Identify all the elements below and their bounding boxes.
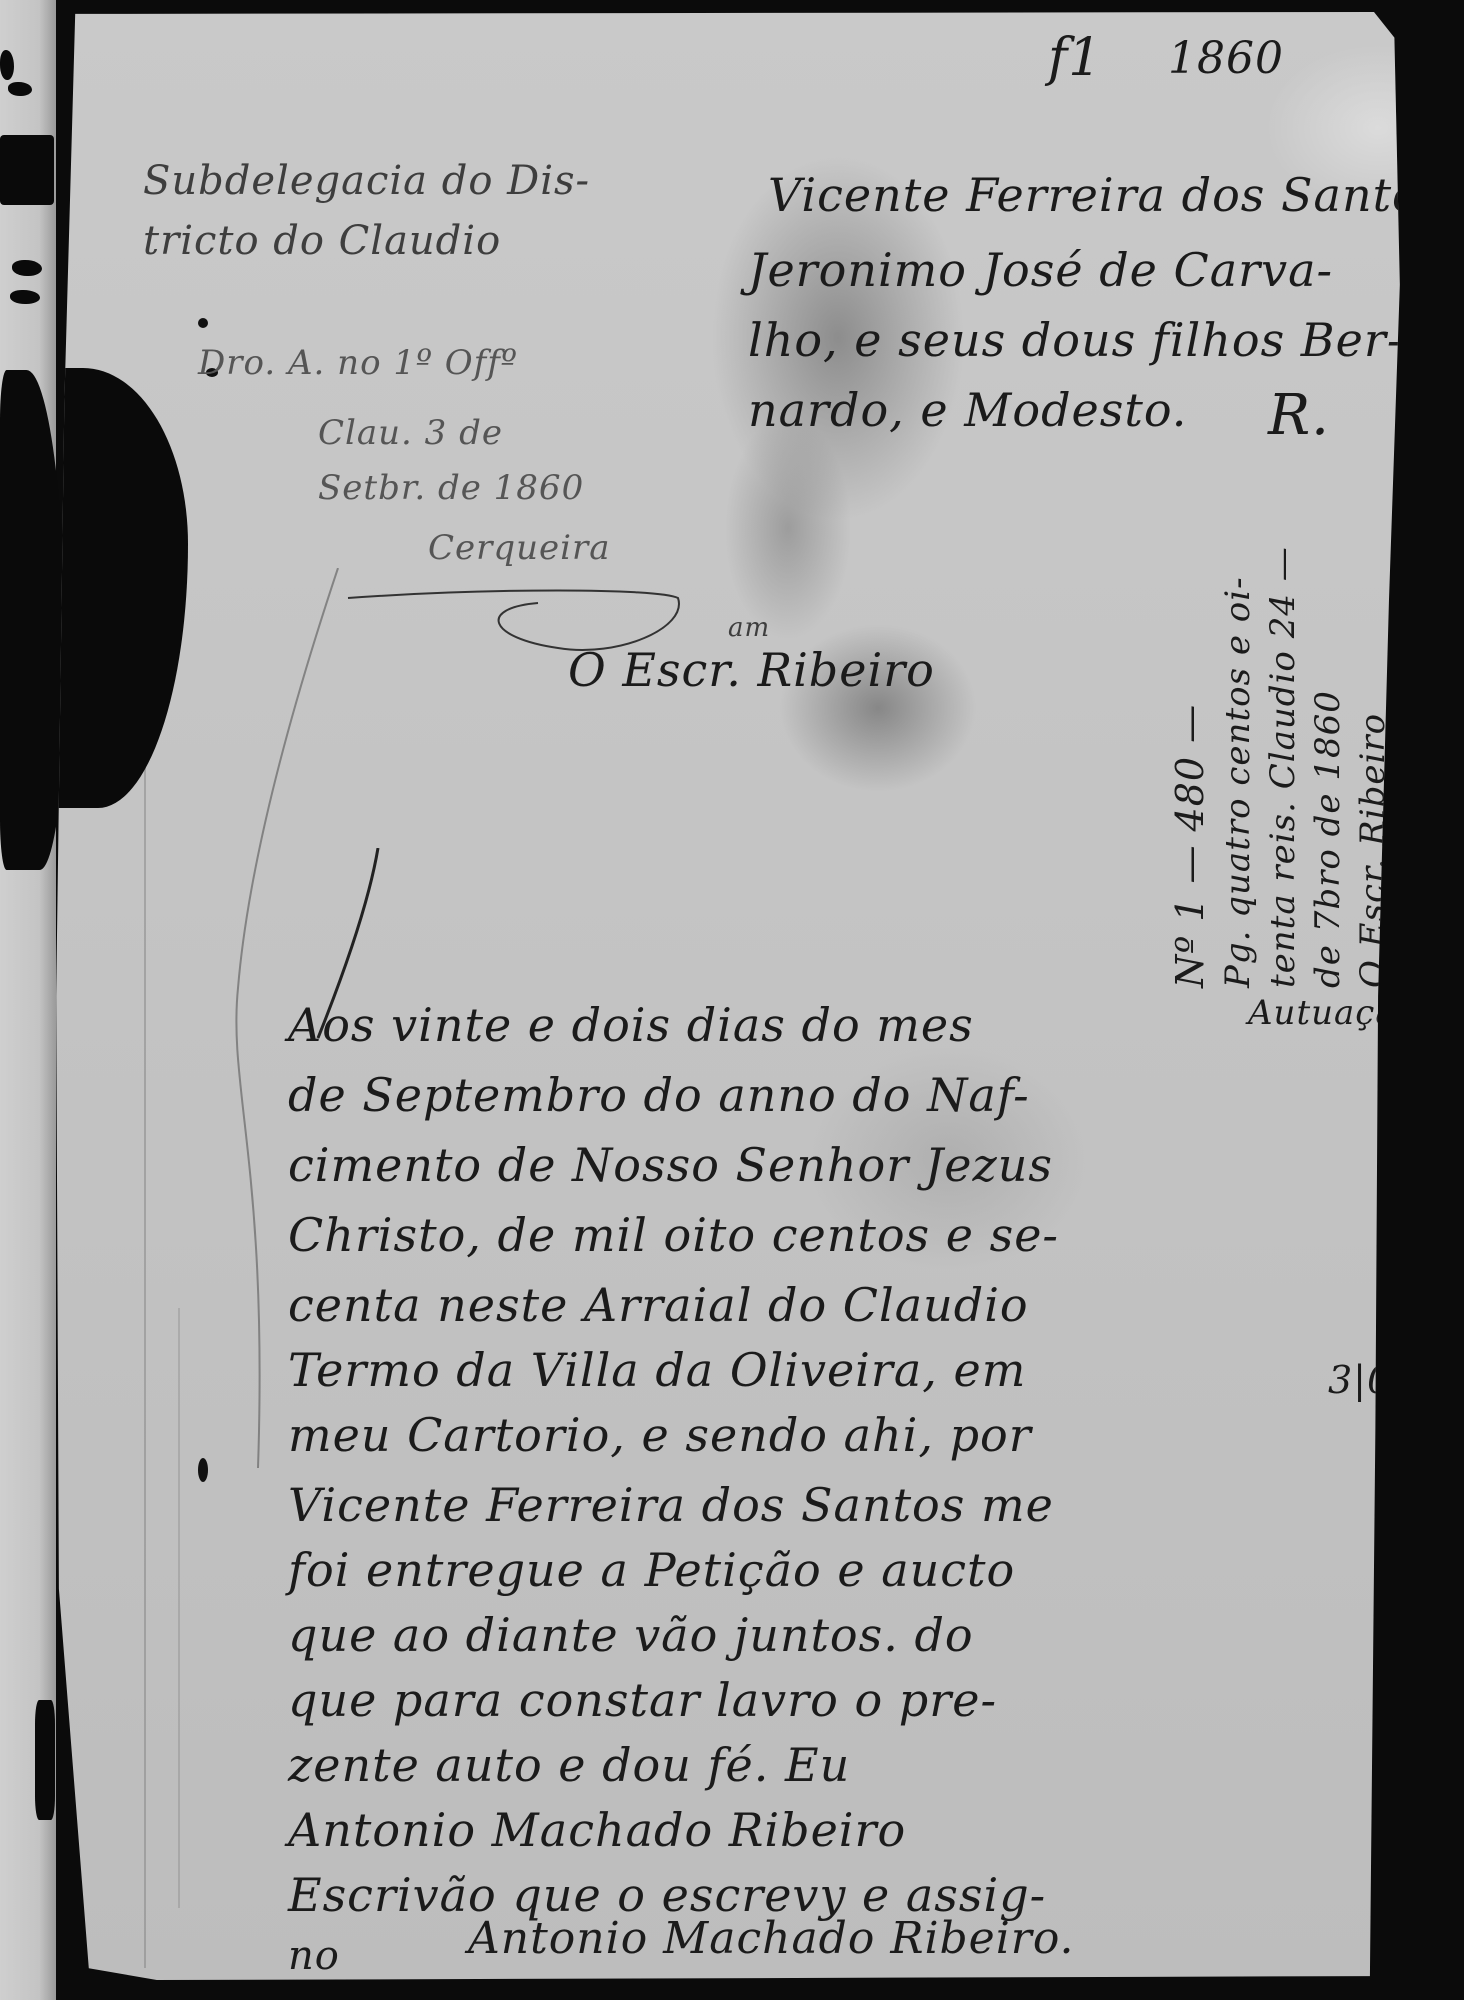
manuscript-page: 1860 f1 Subdelegacia do Dis- tricto do C…: [48, 8, 1408, 1984]
attestation-line-2: O Escr. Ribeiro: [568, 643, 935, 697]
rotated-note-line-4: de 7bro de 1860: [1308, 690, 1348, 988]
rotated-note-line-3: tenta reis. Claudio 24 —: [1263, 546, 1303, 988]
margin-annotation-signature: Cerqueira: [428, 528, 611, 568]
document-scan-viewer: 1860 f1 Subdelegacia do Dis- tricto do C…: [0, 0, 1464, 2000]
torn-hole: [0, 135, 54, 205]
margin-annotation-line-3: Setbr. de 1860: [318, 468, 584, 508]
ink-spot: [1418, 308, 1430, 320]
body-line-15: no: [288, 1933, 340, 1979]
body-line-4: Christo, de mil oito centos e se-: [288, 1208, 1059, 1262]
header-right-line-2: Jeronimo José de Carva-: [748, 243, 1333, 297]
ink-spot: [1423, 1228, 1437, 1242]
attestation-line-1: am: [728, 613, 770, 643]
header-right-line-4: nardo, e Modesto.: [748, 383, 1187, 437]
body-line-5: centa neste Arraial do Claudio: [288, 1278, 1029, 1332]
body-line-13: Antonio Machado Ribeiro: [288, 1803, 906, 1857]
header-left-line-2: tricto do Claudio: [143, 218, 501, 264]
body-line-11: que para constar lavro o pre-: [288, 1673, 997, 1727]
body-line-10: que ao diante vão juntos. do: [288, 1608, 974, 1662]
signature: Antonio Machado Ribeiro.: [468, 1913, 1075, 1964]
ink-stain: [10, 290, 40, 304]
ink-stain: [12, 260, 42, 276]
margin-annotation-line-2: Clau. 3 de: [318, 413, 503, 453]
body-line-9: foi entregue a Petição e aucto: [288, 1543, 1015, 1597]
rotated-note-line-1: Nº 1 — 480 —: [1168, 704, 1212, 988]
header-right-line-3: lho, e seus dous filhos Ber-: [748, 313, 1403, 367]
body-margin-title: Autuação: [1248, 993, 1418, 1033]
margin-fee: 3|00: [1328, 1358, 1417, 1402]
body-line-2: de Septembro do anno do Naf-: [288, 1068, 1030, 1122]
torn-previous-page-edge: [0, 0, 56, 2000]
ink-spot: [198, 318, 208, 328]
folio-mark: f1: [1048, 28, 1102, 88]
header-right-mark: R.: [1268, 383, 1330, 448]
torn-hole: [0, 370, 66, 870]
rotated-note-line-5: O Escr. Ribeiro: [1353, 713, 1393, 988]
margin-annotation-line-1: Dro. A. no 1º Offº: [198, 343, 518, 383]
header-right-line-1: Vicente Ferreira dos Santos A.: [768, 168, 1464, 222]
folio-mark-wrap: f1: [1048, 28, 1102, 88]
body-line-7: meu Cartorio, e sendo ahi, por: [288, 1408, 1032, 1462]
body-line-12: zente auto e dou fé. Eu: [288, 1738, 850, 1792]
paper-fold: [144, 568, 146, 1968]
body-line-6: Termo da Villa da Oliveira, em: [288, 1343, 1026, 1397]
rotated-note-line-2: Pg. quatro centos e oi-: [1218, 576, 1258, 988]
ink-spot: [198, 1458, 208, 1482]
torn-hole: [35, 1700, 55, 1820]
rotated-fee-note: Nº 1 — 480 — Pg. quatro centos e oi- ten…: [1168, 488, 1464, 988]
body-line-3: cimento de Nosso Senhor Jezus: [288, 1138, 1053, 1192]
body-line-8: Vicente Ferreira dos Santos me: [288, 1478, 1054, 1532]
header-left-line-1: Subdelegacia do Dis-: [143, 158, 590, 204]
year-header: 1860: [1168, 33, 1284, 84]
body-line-1: Aos vinte e dois dias do mes: [288, 998, 974, 1052]
ink-stain: [8, 82, 32, 96]
ink-stain: [0, 50, 14, 80]
